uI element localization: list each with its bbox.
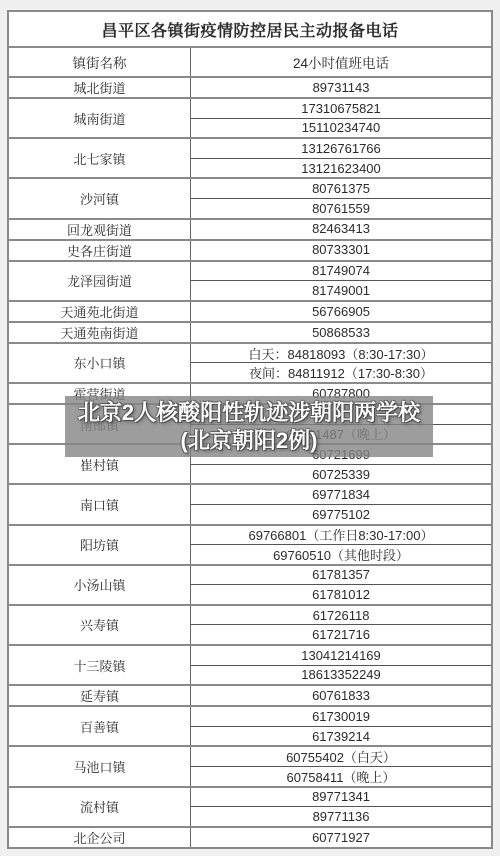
phone-list: 8174907481749001 — [191, 262, 491, 300]
phone-number: 夜间：84811912（17:30-8:30） — [191, 362, 491, 382]
table-row: 兴寿镇6172611861721716 — [9, 606, 491, 646]
phone-number: 89731143 — [191, 78, 491, 97]
phone-number: 82463413 — [191, 220, 491, 239]
table-title-text: 昌平区各镇街疫情防控居民主动报备电话 — [101, 18, 398, 41]
table-row: 百善镇6173001961739214 — [9, 707, 491, 747]
phone-list: 6178135761781012 — [191, 566, 491, 604]
news-caption-overlay: 北京2人核酸阳性轨迹涉朝阳两学校 (北京朝阳2例) — [65, 396, 433, 457]
phone-list: 8977134189771136 — [191, 788, 491, 826]
phone-list: 82463413 — [191, 220, 491, 239]
phone-number: 61739214 — [191, 726, 491, 746]
phone-number: 80761375 — [191, 179, 491, 198]
phone-number: 50868533 — [191, 323, 491, 342]
table-row: 流村镇8977134189771136 — [9, 788, 491, 828]
phone-list: 白天：84818093（8:30-17:30）夜间：84811912（17:30… — [191, 344, 491, 382]
phone-list: 6172611861721716 — [191, 606, 491, 644]
phone-list: 89731143 — [191, 78, 491, 97]
phone-number: 81749001 — [191, 280, 491, 300]
phone-list: 1312676176613121623400 — [191, 139, 491, 177]
phone-list: 6173001961739214 — [191, 707, 491, 745]
phone-number: 89771136 — [191, 806, 491, 826]
table-row: 天通苑北街道56766905 — [9, 302, 491, 323]
town-name: 流村镇 — [9, 788, 191, 826]
phone-list: 1731067582115110234740 — [191, 99, 491, 137]
news-caption-line2: (北京朝阳2例) — [181, 427, 318, 455]
town-name: 回龙观街道 — [9, 220, 191, 239]
phone-number: 60758411（晚上） — [191, 766, 491, 786]
phone-number: 80733301 — [191, 241, 491, 260]
town-name: 马池口镇 — [9, 747, 191, 785]
table-row: 延寿镇60761833 — [9, 686, 491, 707]
town-name: 沙河镇 — [9, 179, 191, 217]
table-row: 龙泽园街道8174907481749001 — [9, 262, 491, 302]
phone-number: 61730019 — [191, 707, 491, 726]
phone-list: 60755402（白天）60758411（晚上） — [191, 747, 491, 785]
table-row: 史各庄街道80733301 — [9, 241, 491, 262]
phone-list: 50868533 — [191, 323, 491, 342]
town-name: 龙泽园街道 — [9, 262, 191, 300]
table-header: 镇街名称 24小时值班电话 — [9, 48, 491, 78]
news-caption-line1: 北京2人核酸阳性轨迹涉朝阳两学校 — [78, 399, 420, 427]
phone-number: 61781357 — [191, 566, 491, 585]
table-rows: 城北街道89731143城南街道1731067582115110234740北七… — [9, 78, 491, 847]
town-name: 东小口镇 — [9, 344, 191, 382]
town-name: 阳坊镇 — [9, 526, 191, 564]
phone-list: 80733301 — [191, 241, 491, 260]
town-name: 南口镇 — [9, 485, 191, 523]
phone-number: 60761833 — [191, 686, 491, 705]
phone-number: 18613352249 — [191, 665, 491, 685]
phone-number: 81749074 — [191, 262, 491, 281]
table-row: 东小口镇白天：84818093（8:30-17:30）夜间：84811912（1… — [9, 344, 491, 384]
phone-list: 6977183469775102 — [191, 485, 491, 523]
phone-number: 89771341 — [191, 788, 491, 807]
phone-list: 56766905 — [191, 302, 491, 321]
table-row: 阳坊镇69766801（工作日8:30-17:00）69760510（其他时段） — [9, 526, 491, 566]
table-row: 城北街道89731143 — [9, 78, 491, 99]
town-name: 十三陵镇 — [9, 646, 191, 684]
page: 昌平区各镇街疫情防控居民主动报备电话 镇街名称 24小时值班电话 城北街道897… — [0, 0, 500, 856]
phone-number: 13041214169 — [191, 646, 491, 665]
table-row: 十三陵镇1304121416918613352249 — [9, 646, 491, 686]
town-name: 史各庄街道 — [9, 241, 191, 260]
table-row: 天通苑南街道50868533 — [9, 323, 491, 344]
phone-number: 15110234740 — [191, 118, 491, 138]
phone-number: 13126761766 — [191, 139, 491, 158]
phone-number: 61781012 — [191, 584, 491, 604]
table-row: 沙河镇8076137580761559 — [9, 179, 491, 219]
town-name: 北七家镇 — [9, 139, 191, 177]
town-name: 天通苑南街道 — [9, 323, 191, 342]
table-title: 昌平区各镇街疫情防控居民主动报备电话 — [9, 12, 491, 48]
phone-number: 61726118 — [191, 606, 491, 625]
phone-list: 1304121416918613352249 — [191, 646, 491, 684]
phone-number: 17310675821 — [191, 99, 491, 118]
phone-list: 69766801（工作日8:30-17:00）69760510（其他时段） — [191, 526, 491, 564]
table-row: 城南街道1731067582115110234740 — [9, 99, 491, 139]
table-row: 小汤山镇6178135761781012 — [9, 566, 491, 606]
table-row: 北七家镇1312676176613121623400 — [9, 139, 491, 179]
town-name: 百善镇 — [9, 707, 191, 745]
phone-number: 白天：84818093（8:30-17:30） — [191, 344, 491, 363]
town-name: 延寿镇 — [9, 686, 191, 705]
town-name: 北企公司 — [9, 828, 191, 847]
town-name: 城南街道 — [9, 99, 191, 137]
phone-number: 69775102 — [191, 504, 491, 524]
table-row: 回龙观街道82463413 — [9, 220, 491, 241]
phone-number: 69760510（其他时段） — [191, 544, 491, 564]
phone-number: 60725339 — [191, 464, 491, 484]
phone-list: 60761833 — [191, 686, 491, 705]
phone-number: 60755402（白天） — [191, 747, 491, 766]
phone-number: 69766801（工作日8:30-17:00） — [191, 526, 491, 545]
column-header-phone: 24小时值班电话 — [191, 48, 491, 76]
phone-number: 60771927 — [191, 828, 491, 847]
phone-number: 80761559 — [191, 198, 491, 218]
phone-number: 13121623400 — [191, 158, 491, 178]
column-header-town: 镇街名称 — [9, 48, 191, 76]
town-name: 天通苑北街道 — [9, 302, 191, 321]
phone-number: 61721716 — [191, 624, 491, 644]
phone-list: 8076137580761559 — [191, 179, 491, 217]
phone-number: 69771834 — [191, 485, 491, 504]
table-row: 马池口镇60755402（白天）60758411（晚上） — [9, 747, 491, 787]
town-name: 小汤山镇 — [9, 566, 191, 604]
phone-number: 56766905 — [191, 302, 491, 321]
town-name: 城北街道 — [9, 78, 191, 97]
table-row: 北企公司60771927 — [9, 828, 491, 847]
town-name: 兴寿镇 — [9, 606, 191, 644]
table-row: 南口镇6977183469775102 — [9, 485, 491, 525]
phone-list: 60771927 — [191, 828, 491, 847]
